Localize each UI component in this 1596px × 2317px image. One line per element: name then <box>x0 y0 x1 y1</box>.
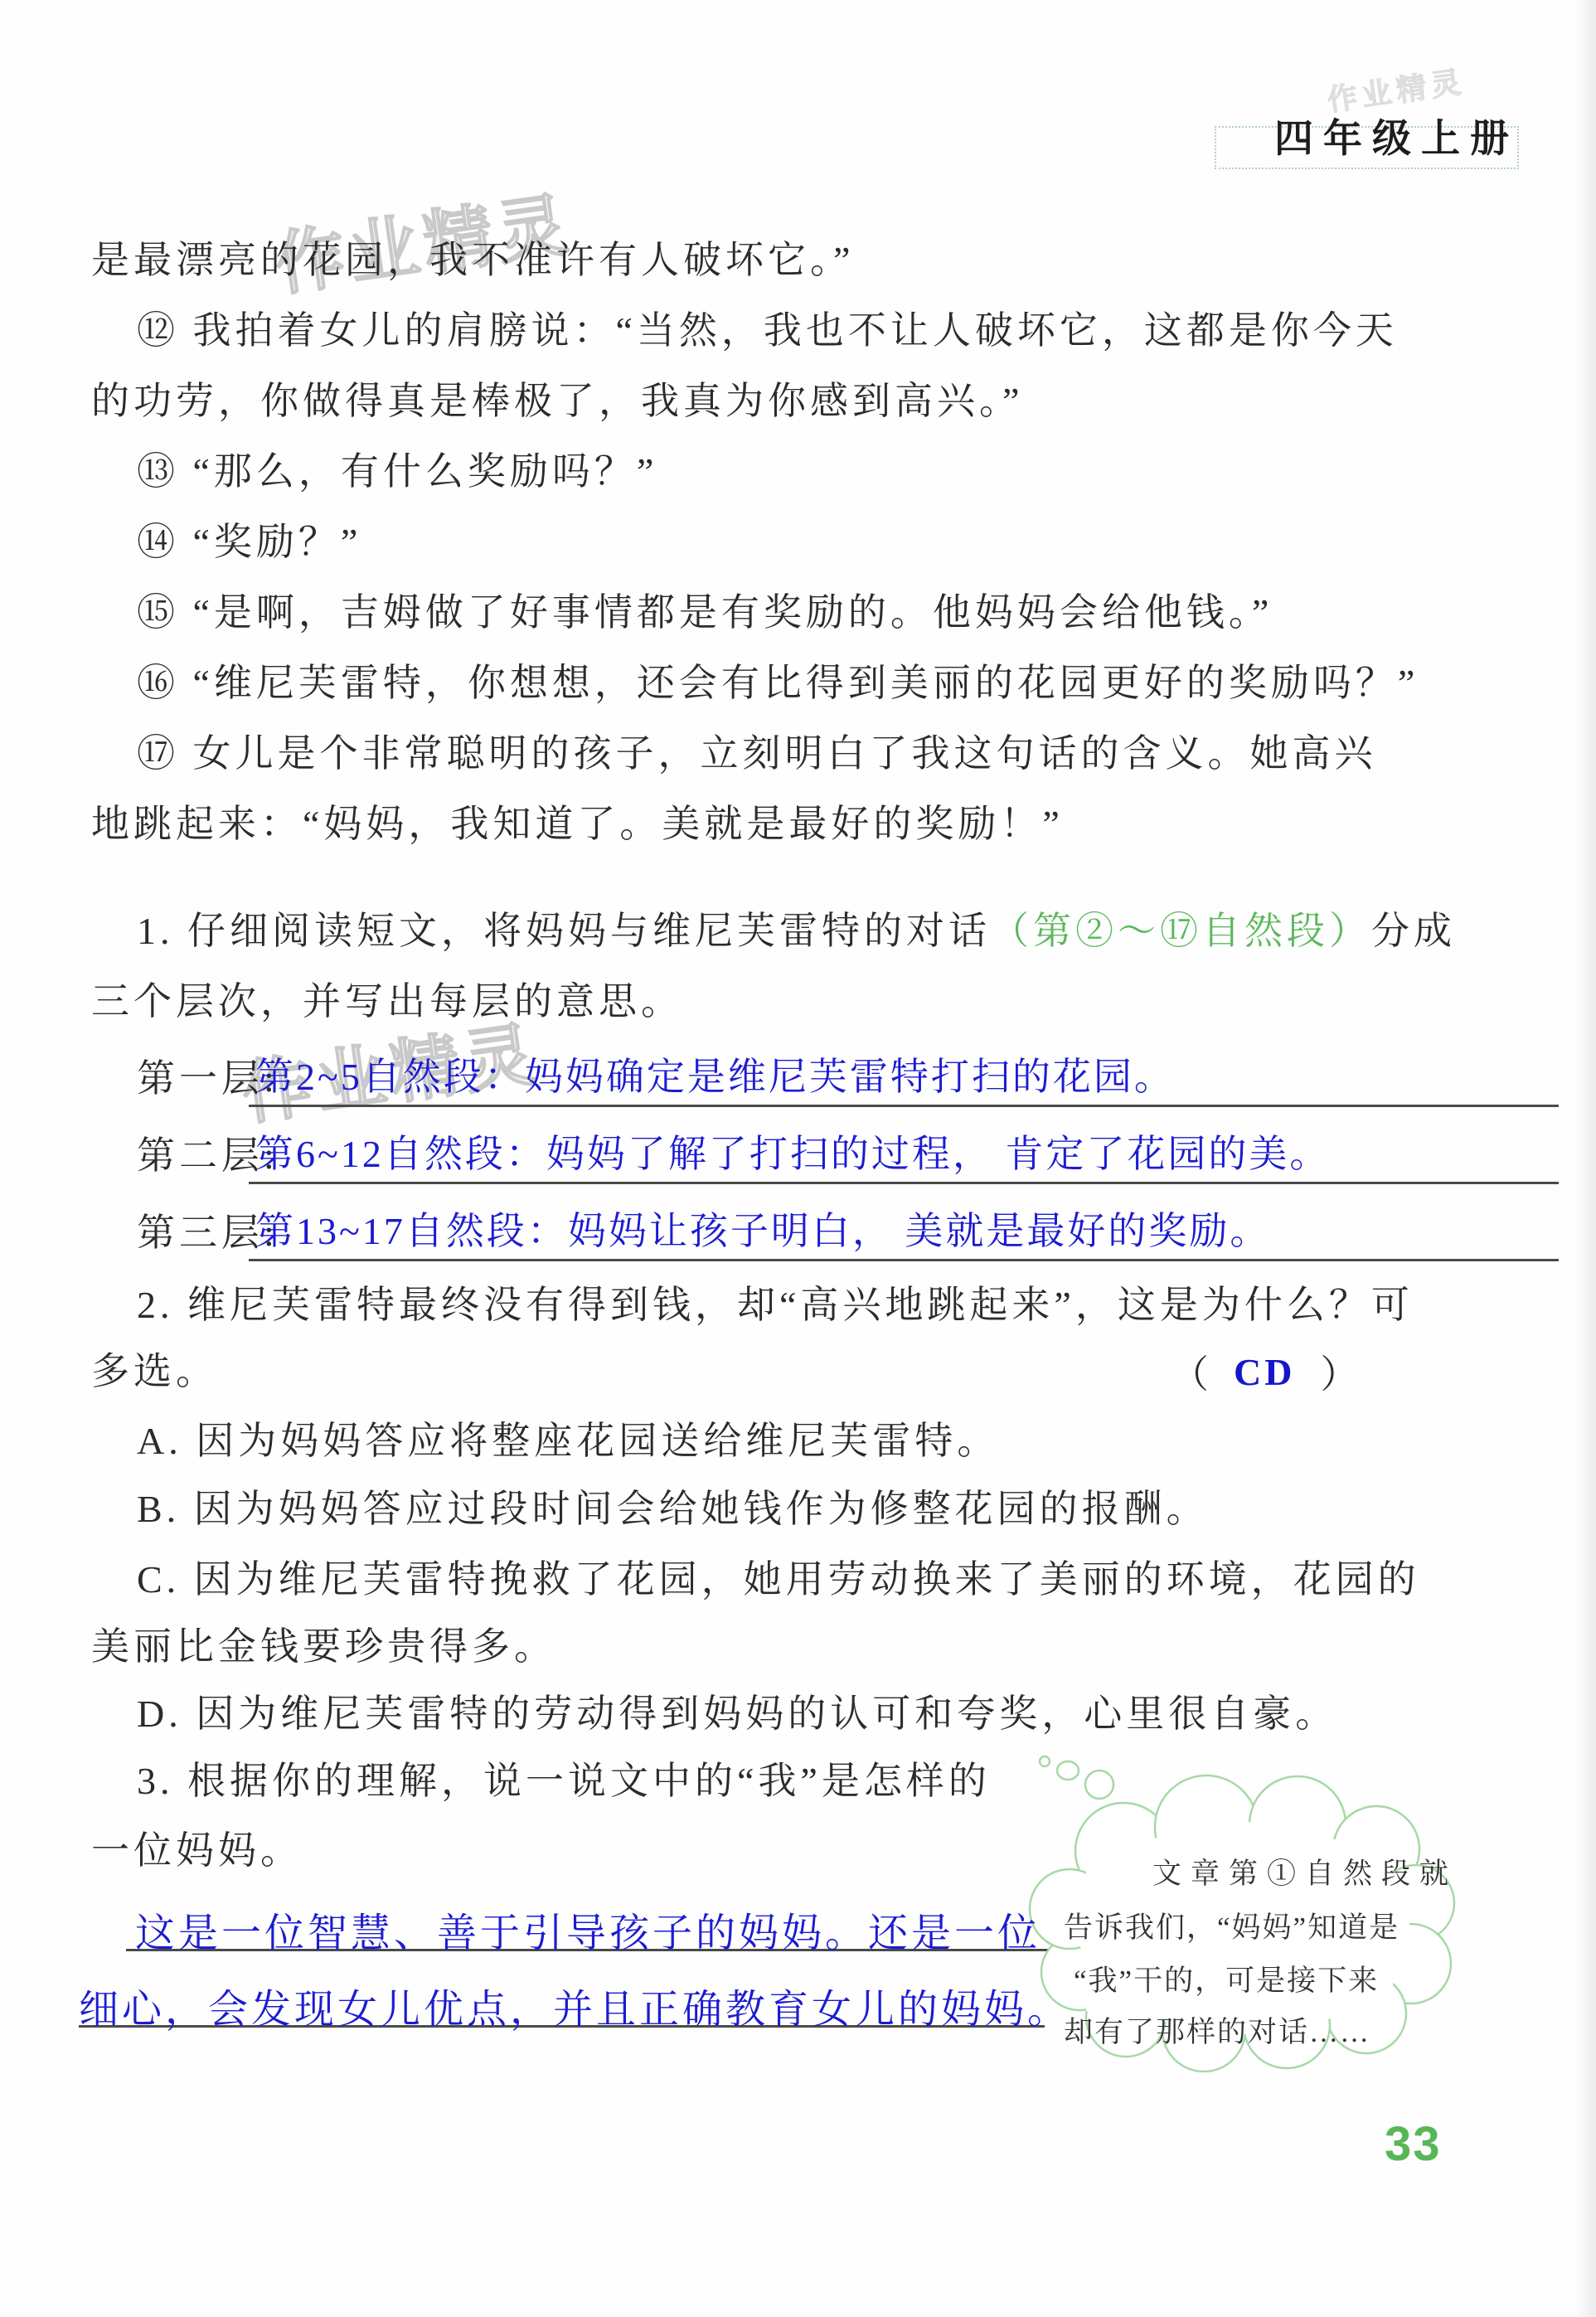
thought-dot-medium <box>1057 1761 1079 1780</box>
layer-1-answer: 第2~5自然段：妈妈确定是维尼芙雷特打扫的花园。 <box>255 1047 1175 1101</box>
question-3-answer-line-1: 这是一位智慧、善于引导孩子的妈妈。还是一位 <box>135 1901 1041 1958</box>
option-c-line-2: 美丽比金钱要珍贵得多。 <box>91 1625 556 1669</box>
question-3-answer-line-2: 细心，会发现女儿优点，并且正确教育女儿的妈妈。 <box>79 1977 1070 2034</box>
option-d: D. 因为维尼芙雷特的劳动得到妈妈的认可和夸奖，心里很自豪。 <box>137 1693 1337 1737</box>
question-1-line-1: 1. 仔细阅读短文，将妈妈与维尼芙雷特的对话（第②～⑰自然段）分成 <box>137 910 1456 954</box>
layer-3-answer: 第13~17自然段：妈妈让孩子明白， 美就是最好的奖励。 <box>255 1201 1270 1256</box>
story-line: 地跳起来：“妈妈，我知道了。美就是最好的奖励！” <box>91 803 1064 847</box>
question-2-answer: CD <box>1234 1350 1295 1394</box>
story-line: ⑬ “那么，有什么奖励吗？” <box>137 450 657 494</box>
question-2-line-1: 2. 维尼芙雷特最终没有得到钱，却“高兴地跳起来”，这是为什么？可 <box>137 1284 1414 1328</box>
q1-text-pre: 1. 仔细阅读短文，将妈妈与维尼芙雷特的对话 <box>137 910 991 952</box>
paren-open: （ <box>1171 1344 1209 1399</box>
option-a: A. 因为妈妈答应将整座花园送给维尼芙雷特。 <box>137 1420 999 1464</box>
bubble-text-line: 告诉我们，“妈妈”知道是 <box>1064 1905 1400 1946</box>
workbook-page: 作业精灵 作业精灵 作业精灵 四年级上册 是最漂亮的花园，我不准许有人破坏它。”… <box>0 0 1596 2317</box>
option-b: B. 因为妈妈答应过段时间会给她钱作为修整花园的报酬。 <box>137 1488 1209 1532</box>
story-line: 的功劳，你做得真是棒极了，我真为你感到高兴。” <box>91 380 1023 424</box>
q1-paragraph-range-hint: （第②～⑰自然段） <box>991 910 1371 952</box>
question-2-line-2: 多选。 <box>91 1350 218 1394</box>
question-3-line-2: 一位妈妈。 <box>91 1829 303 1873</box>
thought-dot-large <box>1085 1771 1113 1799</box>
bubble-text-line: 文章第①自然段就 <box>1152 1851 1458 1892</box>
story-line: ⑫ 我拍着女儿的肩膀说：“当然，我也不让人破坏它，这都是你今天 <box>137 309 1398 353</box>
answer-blank-line <box>249 1259 1559 1261</box>
answer-blank-line <box>249 1182 1559 1184</box>
bubble-text-line: “我”干的，可是接下来 <box>1074 1958 1379 1999</box>
story-line: ⑰ 女儿是个非常聪明的孩子，立刻明白了我这句话的含义。她高兴 <box>137 732 1377 776</box>
thought-dot-small <box>1040 1756 1050 1766</box>
question-3-line-1: 3. 根据你的理解，说一说文中的“我”是怎样的 <box>137 1760 991 1804</box>
story-line: ⑭ “奖励？” <box>137 521 361 565</box>
question-2-answer-slot: （ CD ） <box>1171 1344 1358 1399</box>
header-grade-label: 四年级上册 <box>1274 108 1519 163</box>
layer-2-answer: 第6~12自然段：妈妈了解了打扫的过程， 肯定了花园的美。 <box>255 1124 1330 1178</box>
bubble-text-line: 却有了那样的对话…… <box>1064 2009 1370 2051</box>
paren-close: ） <box>1320 1344 1358 1399</box>
story-line: ⑯ “维尼芙雷特，你想想，还会有比得到美丽的花园更好的奖励吗？” <box>137 662 1419 706</box>
page-number: 33 <box>1385 2116 1442 2172</box>
q1-text-post: 分成 <box>1371 910 1456 952</box>
story-line: ⑮ “是啊，吉姆做了好事情都是有奖励的。他妈妈会给他钱。” <box>137 591 1273 635</box>
question-1-line-2: 三个层次，并写出每层的意思。 <box>91 980 683 1024</box>
story-line: 是最漂亮的花园，我不准许有人破坏它。” <box>91 239 854 283</box>
scan-edge-shadow <box>1574 0 1596 2317</box>
option-c-line-1: C. 因为维尼芙雷特挽救了花园，她用劳动换来了美丽的环境，花园的 <box>137 1558 1420 1602</box>
answer-blank-line <box>249 1105 1559 1107</box>
